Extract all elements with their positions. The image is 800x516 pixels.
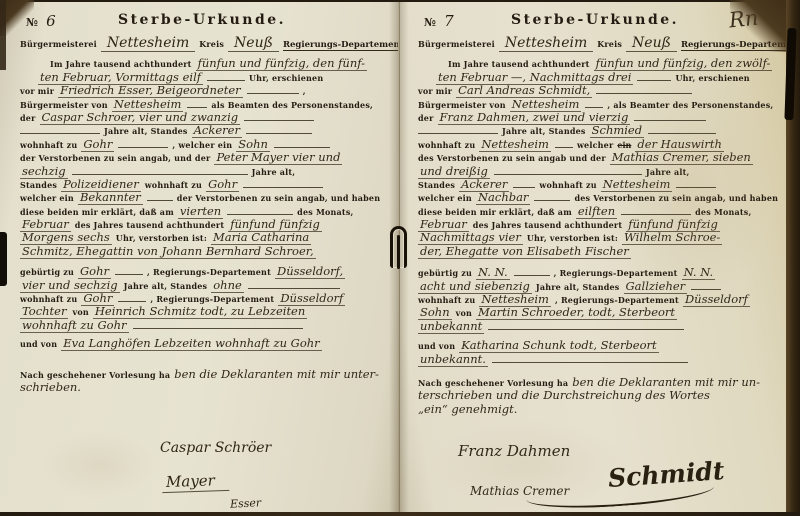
document-line: „ein“ genehmigt. <box>418 402 772 415</box>
document-line: unbekannt. <box>418 352 772 365</box>
blank-underline <box>72 165 248 175</box>
certificate-body: Im Jahre tausend achthundertfünfun und f… <box>20 56 384 393</box>
blank-underline <box>691 280 721 290</box>
handwritten-entry: Katharina Schunk todt, Sterbeort <box>459 338 658 353</box>
document-line: sechzigJahre alt, <box>20 164 384 177</box>
document-line: StandesPolizeidienerwohnhaft zuGohr <box>20 177 384 190</box>
handwritten-text: schrieben. <box>20 380 81 394</box>
blank-underline <box>648 124 716 134</box>
blank-underline <box>187 98 207 108</box>
blank-underline <box>20 124 100 134</box>
printed-text: wohnhaft zu <box>20 140 77 150</box>
document-line: wohnhaft zuGohr, Regierungs-DepartementD… <box>20 291 384 304</box>
printed-text: Bürgermeisterei <box>20 39 97 49</box>
page-title: Sterbe-Urkunde. <box>20 9 384 28</box>
printed-text: der <box>20 113 36 123</box>
document-line: welcher einNachbardes Verstorbenen zu se… <box>418 190 772 203</box>
certificate-body: Im Jahre tausend achthundertfünfun und f… <box>418 56 772 415</box>
printed-text: und von <box>20 339 57 349</box>
printed-text: , Regierungs-Departement <box>150 294 274 304</box>
blank-underline <box>596 84 692 94</box>
handwritten-entry: Wilhelm Schroe- <box>622 230 722 245</box>
blank-underline <box>207 71 245 81</box>
document-line: Im Jahre tausend achthundertfünfun und f… <box>20 56 384 69</box>
signature: Caspar Schröer <box>160 440 271 456</box>
printed-text: des Monats, <box>695 207 751 217</box>
printed-text: Jahre alt, <box>252 167 296 177</box>
blank-underline <box>133 319 303 329</box>
printed-text: Bürgermeisterei <box>418 39 495 49</box>
handwritten-entry: unbekannt <box>418 319 484 334</box>
handwritten-entry: Friedrich Esser, Beigeordneter <box>58 83 243 98</box>
scanned-register-photo: { "left_page": { "doc_no_label": "№", "d… <box>0 0 800 516</box>
blank-underline <box>585 98 603 108</box>
printed-text: , als Beamter des Personenstandes, <box>607 100 773 110</box>
handwritten-text: ben die Deklaranten mit mir unter- <box>174 367 379 381</box>
blank-underline <box>227 205 293 215</box>
handwritten-entry: der, Ehegatte von Elisabeth Fischer <box>418 244 631 259</box>
document-number-value: 7 <box>441 12 454 30</box>
blank-underline <box>247 84 299 94</box>
handwritten-entry-large: Nettesheim <box>499 35 593 52</box>
document-line: wohnhaft zuNettesheimwelchereinder Hausw… <box>418 137 772 150</box>
printed-text: Uhr, verstorben ist: <box>527 233 618 243</box>
printed-text: Nach geschehener Vorlesung ha <box>418 378 568 388</box>
document-line: Bürgermeister vonNettesheimals Beamten d… <box>20 97 384 110</box>
printed-text: Jahre alt, Standes <box>502 126 586 136</box>
document-line: des Verstorbenen zu sein angab und derMa… <box>418 150 772 163</box>
blank-underline <box>514 266 550 276</box>
document-line: unbekannt <box>418 319 772 332</box>
document-line: Nach geschehener Vorlesung haben die Dek… <box>418 375 772 388</box>
printed-text: und von <box>418 341 455 351</box>
certificate-page-left: № 6 Sterbe-Urkunde. BürgermeistereiNette… <box>0 2 398 514</box>
blank-underline <box>494 165 642 175</box>
printed-text: , <box>303 86 306 96</box>
document-line: ten Februar, Vormittags eilfUhr, erschie… <box>20 70 384 83</box>
document-line: gebürtig zuN. N., Regierungs-Departement… <box>418 265 772 278</box>
printed-text: des Verstorbenen zu sein angab und der <box>418 153 606 163</box>
document-line: derFranz Dahmen, zwei und vierzig <box>418 110 772 123</box>
handwritten-text: ben die Deklaranten mit mir un- <box>572 375 760 389</box>
printed-text: Bürgermeister von <box>20 100 108 110</box>
signature: Esser <box>230 496 262 511</box>
document-line: Nachmittags vierUhr, verstorben ist:Wilh… <box>418 230 772 243</box>
page-content: № 6 Sterbe-Urkunde. BürgermeistereiNette… <box>0 2 398 514</box>
document-number-value: 6 <box>43 12 56 30</box>
document-line: vier und sechzigJahre alt, Standesohne <box>20 278 384 291</box>
document-line: Schmitz, Ehegattin von Johann Bernhard S… <box>20 244 384 257</box>
handwritten-text: terschrieben und die Durchstreichung des… <box>418 388 710 402</box>
document-line: wohnhaft zu Gohr <box>20 318 384 331</box>
blank-underline <box>244 111 314 121</box>
printed-text: Jahre alt, Standes <box>104 126 188 136</box>
document-line: BürgermeistereiNettesheimKreisNeußRegier… <box>20 36 384 49</box>
printed-text: der Verstorbenen zu sein angab, und der <box>20 153 210 163</box>
blank-underline <box>634 111 706 121</box>
blank-underline <box>246 124 312 134</box>
printed-text: Nach geschehener Vorlesung ha <box>20 370 170 380</box>
handwritten-entry-large: Neuß <box>626 35 677 52</box>
document-line: wohnhaft zuNettesheim, Regierungs-Depart… <box>418 292 772 305</box>
document-line: und vonEva Langhöfen Lebzeiten wohnhaft … <box>20 336 384 349</box>
handwritten-entry-large: Nettesheim <box>101 35 195 52</box>
printed-text: der Verstorbenen zu sein angab, und habe… <box>177 193 380 203</box>
paperclip <box>390 226 407 268</box>
blank-underline <box>492 353 688 363</box>
blank-underline <box>115 265 143 275</box>
document-line: schrieben. <box>20 380 384 393</box>
document-line: BürgermeistereiNettesheimKreisNeußRegier… <box>418 36 772 49</box>
printed-struck-text: ein <box>617 140 631 150</box>
blank-underline <box>488 320 684 330</box>
printed-text: Jahre alt, Standes <box>124 281 208 291</box>
printed-text: , Regierungs-Departement <box>555 295 679 305</box>
book-edge-bottom <box>0 512 800 516</box>
document-line: Februardes Jahres tausend achthundertfün… <box>20 217 384 230</box>
document-line: vor mirFriedrich Esser, Beigeordneter, <box>20 83 384 96</box>
printed-text: von <box>72 307 88 317</box>
printed-text: Kreis <box>199 39 224 49</box>
printed-text: welcher <box>577 140 613 150</box>
printed-text: Im Jahre tausend achthundert <box>448 59 590 69</box>
page-header: № 6 Sterbe-Urkunde. <box>20 9 384 31</box>
handwritten-entry: Düsseldorf <box>683 292 750 307</box>
printed-text: Jahre alt, <box>646 167 690 177</box>
printed-text: Standes <box>20 180 57 190</box>
printed-text: Uhr, erschienen <box>249 73 323 83</box>
document-line: diese beiden mir erklärt, daß ameilftend… <box>418 204 772 217</box>
handwritten-text: „ein“ genehmigt. <box>418 402 517 416</box>
signature: Franz Dahmen <box>458 442 570 460</box>
printed-text: wohnhaft zu <box>418 295 475 305</box>
document-line: acht und siebenzigJahre alt, StandesGall… <box>418 279 772 292</box>
paperclip-wire <box>397 235 400 269</box>
document-line: Nach geschehener Vorlesung haben die Dek… <box>20 367 384 380</box>
page-header: № 7 Sterbe-Urkunde. Rn <box>418 9 772 31</box>
printed-text: als Beamten des Personenstandes, <box>211 100 373 110</box>
printed-text: wohnhaft zu <box>145 180 202 190</box>
printed-text: des Verstorbenen zu sein angab, und habe… <box>574 193 778 203</box>
printed-text: gebürtig zu <box>20 267 74 277</box>
handwritten-entry-large: Neuß <box>228 35 279 52</box>
printed-text: Jahre alt, Standes <box>536 282 620 292</box>
printed-text: , Regierungs-Departement <box>147 267 271 277</box>
document-line: und dreißigJahre alt, <box>418 164 772 177</box>
municipality-line: BürgermeistereiNettesheimKreisNeußRegier… <box>20 36 384 49</box>
printed-text: Im Jahre tausend achthundert <box>50 59 192 69</box>
blank-underline <box>418 124 498 134</box>
document-line: vor mirCarl Andreas Schmidt, <box>418 83 772 96</box>
number-sign: № <box>424 16 436 29</box>
document-number: № 7 <box>424 11 454 30</box>
handwritten-entry: Eva Langhöfen Lebzeiten wohnhaft zu Gohr <box>61 336 321 351</box>
blank-underline <box>676 178 716 188</box>
document-line: der, Ehegatte von Elisabeth Fischer <box>418 244 772 257</box>
printed-text: , Regierungs-Departement <box>554 268 678 278</box>
handwritten-entry: wohnhaft zu Gohr <box>20 318 129 333</box>
book-edge-left <box>0 0 6 70</box>
document-line: diese beiden mir erklärt, daß amviertend… <box>20 204 384 217</box>
blank-underline <box>621 205 691 215</box>
printed-text: Uhr, verstorben ist: <box>116 233 207 243</box>
handwritten-entry: Peter Mayer vier und <box>214 150 342 165</box>
printed-text: vor mir <box>418 86 452 96</box>
document-line: Februardes Jahres tausend achthundertfün… <box>418 217 772 230</box>
printed-text: diese beiden mir erklärt, daß am <box>20 207 174 217</box>
blank-underline <box>118 138 168 148</box>
document-line: Jahre alt, StandesSchmied <box>418 123 772 136</box>
blank-underline <box>248 279 340 289</box>
printed-text: Standes <box>418 180 455 190</box>
document-line: ten Februar —, Nachmittags dreiUhr, ersc… <box>418 70 772 83</box>
printed-text: wohnhaft zu <box>539 180 596 190</box>
printed-text: Kreis <box>597 39 622 49</box>
printed-text: welcher ein <box>418 193 472 203</box>
document-line: Im Jahre tausend achthundertfünfun und f… <box>418 56 772 69</box>
printed-text: von <box>456 308 472 318</box>
document-line: der Verstorbenen zu sein angab, und derP… <box>20 150 384 163</box>
document-line: Jahre alt, StandesAckerer <box>20 123 384 136</box>
blank-underline <box>513 178 535 188</box>
document-line: Bürgermeister vonNettesheim, als Beamter… <box>418 97 772 110</box>
document-line: Morgens sechsUhr, verstorben ist:Maria C… <box>20 230 384 243</box>
printed-text: wohnhaft zu <box>20 294 77 304</box>
blank-underline <box>118 292 146 302</box>
handwritten-entry: Mathias Cremer, sieben <box>610 150 753 165</box>
printed-text: der <box>418 113 434 123</box>
handwritten-entry: unbekannt. <box>418 352 488 367</box>
printed-text: Uhr, erschienen <box>675 73 749 83</box>
document-line: derCaspar Schroer, vier und zwanzig <box>20 110 384 123</box>
signature: Mayer <box>162 471 229 493</box>
municipality-line: BürgermeistereiNettesheimKreisNeußRegier… <box>418 36 772 49</box>
blank-underline <box>147 191 173 201</box>
printed-text: diese beiden mir erklärt, daß am <box>418 207 572 217</box>
printed-text: wohnhaft zu <box>418 140 475 150</box>
blank-underline <box>637 71 671 81</box>
blank-underline <box>274 138 330 148</box>
document-line: StandesAckererwohnhaft zuNettesheim <box>418 177 772 190</box>
document-line: gebürtig zuGohr, Regierungs-DepartementD… <box>20 264 384 277</box>
blank-underline <box>243 178 323 188</box>
printed-text: gebürtig zu <box>418 268 472 278</box>
printed-text: welcher ein <box>20 193 74 203</box>
page-content: № 7 Sterbe-Urkunde. Rn BürgermeistereiNe… <box>398 2 786 514</box>
document-line: wohnhaft zuGohr, welcher einSohn <box>20 137 384 150</box>
book-edge-top <box>0 0 800 2</box>
binding-mark-left <box>0 232 7 286</box>
document-line: welcher einBekannterder Verstorbenen zu … <box>20 190 384 203</box>
printed-text: Bürgermeister von <box>418 100 506 110</box>
certificate-page-right: № 7 Sterbe-Urkunde. Rn BürgermeistereiNe… <box>398 2 786 514</box>
document-line: und vonKatharina Schunk todt, Sterbeort <box>418 338 772 351</box>
blank-underline <box>534 191 570 201</box>
printed-text: , welcher ein <box>172 140 232 150</box>
page-title: Sterbe-Urkunde. <box>418 9 772 28</box>
document-line: TochtervonHeinrich Schmitz todt, zu Lebz… <box>20 304 384 317</box>
handwritten-entry: Carl Andreas Schmidt, <box>456 83 592 98</box>
document-line: terschrieben und die Durchstreichung des… <box>418 388 772 401</box>
printed-bold-text: Regierungs-Departement Düsseldorf. <box>283 40 398 51</box>
handwritten-entry: Schmitz, Ehegattin von Johann Bernhard S… <box>20 244 316 259</box>
blank-underline <box>555 138 573 148</box>
printed-text: vor mir <box>20 86 54 96</box>
printed-text: des Jahres tausend achthundert <box>473 220 622 230</box>
document-line: SohnvonMartin Schroeder, todt, Sterbeort <box>418 305 772 318</box>
printed-text: des Monats, <box>297 207 353 217</box>
printed-text: des Jahres tausend achthundert <box>75 220 224 230</box>
